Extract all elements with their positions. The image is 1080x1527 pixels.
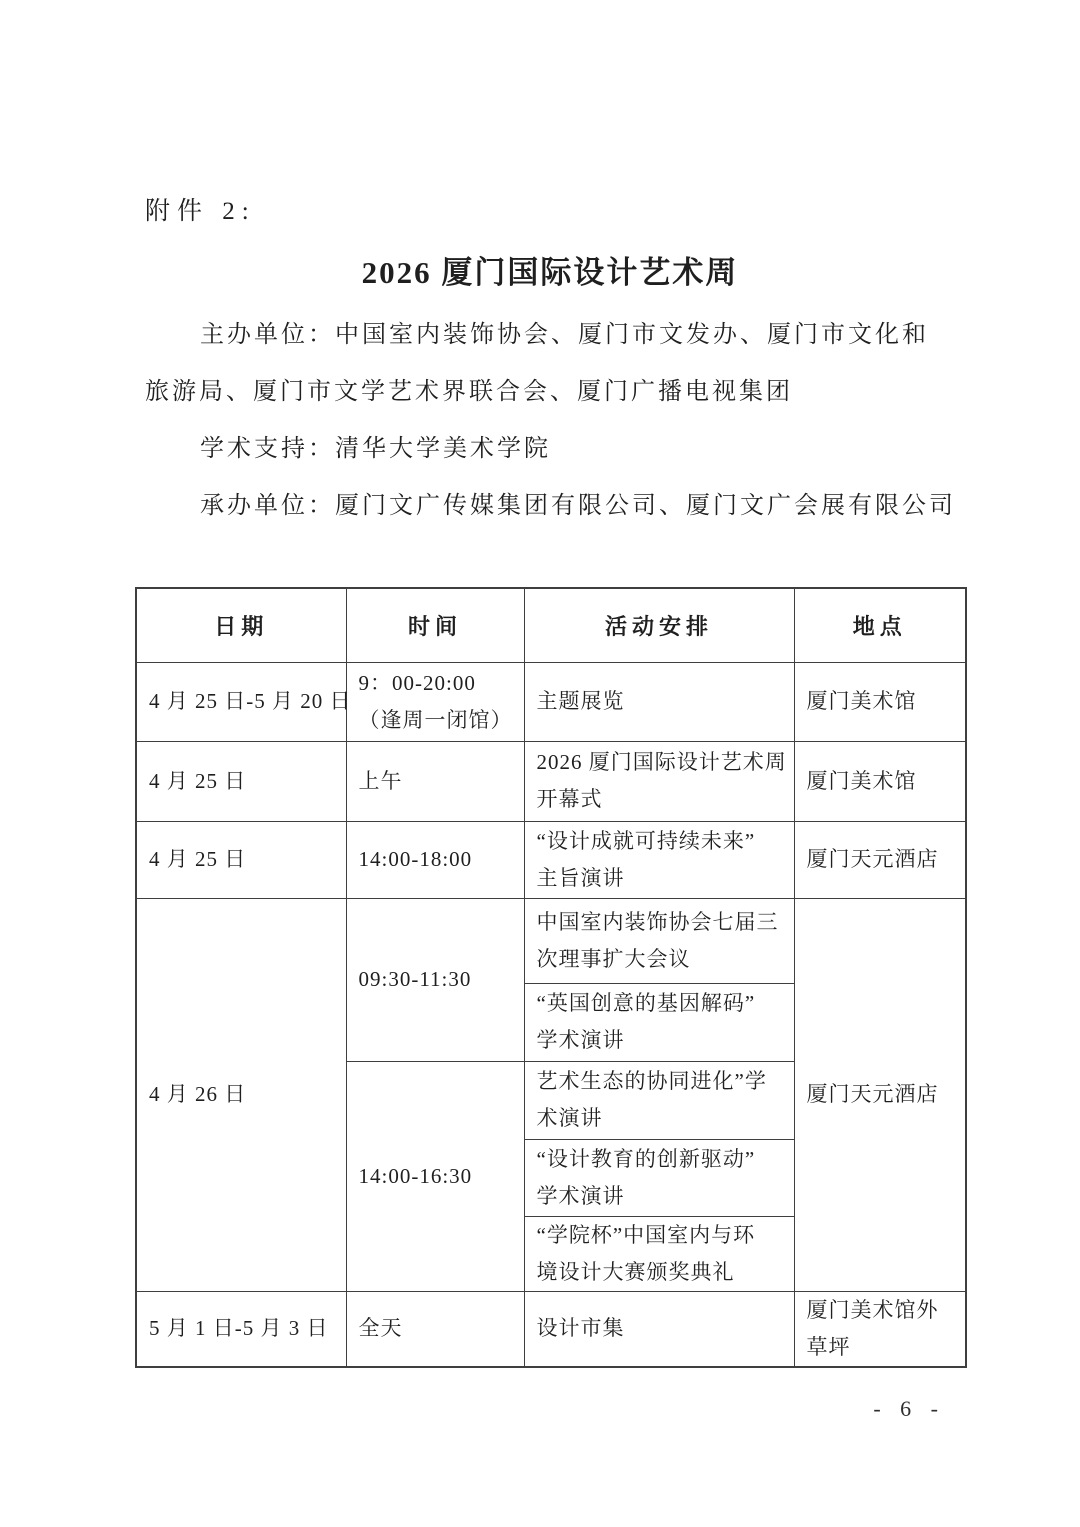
organizer-paragraph: 主办单位：中国室内装饰协会、厦门市文发办、厦门市文化和 旅游局、厦门市文学艺术界…: [145, 307, 965, 421]
table-row: 4 月 26 日 09:30-11:30 中国室内装饰协会七届三 次理事扩大会议…: [136, 898, 966, 983]
table-row: 4 月 25 日-5 月 20 日 9：00-20:00 （逢周一闭馆） 主题展…: [136, 662, 966, 741]
cell-date: 4 月 26 日: [136, 898, 346, 1291]
table-row: 5 月 1 日-5 月 3 日 全天 设计市集 厦门美术馆外 草坪: [136, 1291, 966, 1367]
cell-activity: 艺术生态的协同进化”学 术演讲: [524, 1061, 794, 1139]
cell-location: 厦门天元酒店: [794, 821, 966, 898]
academic-support-paragraph: 学术支持：清华大学美术学院: [145, 421, 965, 478]
col-header-activity: 活动安排: [524, 588, 794, 662]
cell-activity: “设计成就可持续未来” 主旨演讲: [524, 821, 794, 898]
schedule-table: 日期 时间 活动安排 地点 4 月 25 日-5 月 20 日 9：00-20:…: [135, 587, 967, 1368]
undertaker-paragraph: 承办单位：厦门文广传媒集团有限公司、厦门文广会展有限公司: [145, 478, 965, 535]
cell-date: 4 月 25 日: [136, 741, 346, 821]
attachment-label: 附件 2:: [145, 197, 965, 227]
cell-time: 14:00-16:30: [346, 1061, 524, 1291]
cell-date: 4 月 25 日: [136, 821, 346, 898]
table-row: 4 月 25 日 上午 2026 厦门国际设计艺术周 开幕式 厦门美术馆: [136, 741, 966, 821]
document-page: 附件 2: 2026 厦门国际设计艺术周 主办单位：中国室内装饰协会、厦门市文发…: [0, 0, 1080, 1527]
col-header-date: 日期: [136, 588, 346, 662]
table-row: 4 月 25 日 14:00-18:00 “设计成就可持续未来” 主旨演讲 厦门…: [136, 821, 966, 898]
cell-activity: 设计市集: [524, 1291, 794, 1367]
table-header-row: 日期 时间 活动安排 地点: [136, 588, 966, 662]
page-number: - 6 -: [135, 1394, 965, 1424]
page-title: 2026 厦门国际设计艺术周: [135, 253, 965, 293]
cell-activity: “设计教育的创新驱动” 学术演讲: [524, 1139, 794, 1216]
cell-time: 9：00-20:00 （逢周一闭馆）: [346, 662, 524, 741]
cell-date: 4 月 25 日-5 月 20 日: [136, 662, 346, 741]
cell-activity: “英国创意的基因解码” 学术演讲: [524, 983, 794, 1061]
cell-time: 09:30-11:30: [346, 898, 524, 1061]
cell-activity: 2026 厦门国际设计艺术周 开幕式: [524, 741, 794, 821]
intro-paragraphs: 主办单位：中国室内装饰协会、厦门市文发办、厦门市文化和 旅游局、厦门市文学艺术界…: [145, 307, 965, 535]
col-header-time: 时间: [346, 588, 524, 662]
cell-location: 厦门美术馆: [794, 662, 966, 741]
col-header-location: 地点: [794, 588, 966, 662]
cell-location: 厦门美术馆外 草坪: [794, 1291, 966, 1367]
cell-location: 厦门天元酒店: [794, 898, 966, 1291]
cell-date: 5 月 1 日-5 月 3 日: [136, 1291, 346, 1367]
cell-activity: 主题展览: [524, 662, 794, 741]
cell-time: 上午: [346, 741, 524, 821]
cell-time: 14:00-18:00: [346, 821, 524, 898]
cell-activity: 中国室内装饰协会七届三 次理事扩大会议: [524, 898, 794, 983]
cell-activity: “学院杯”中国室内与环 境设计大赛颁奖典礼: [524, 1216, 794, 1291]
cell-location: 厦门美术馆: [794, 741, 966, 821]
cell-time: 全天: [346, 1291, 524, 1367]
